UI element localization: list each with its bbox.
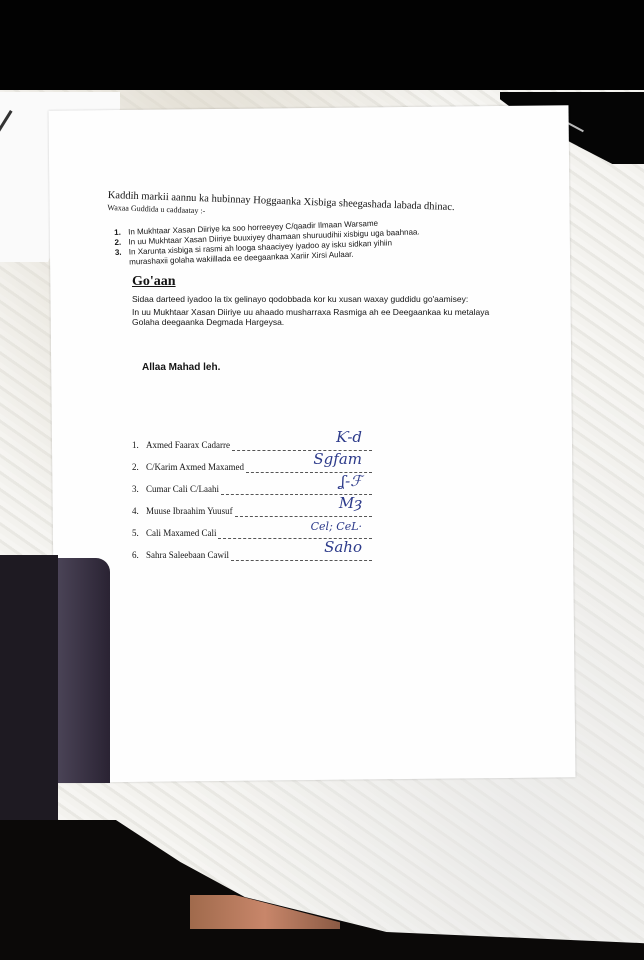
signatories-list: 1. Axmed Faarax Cadarre Ƙ-d 2. C/Karim A… xyxy=(132,434,372,566)
closing-line: Allaa Mahad leh. xyxy=(142,362,220,373)
decision-paragraph-2: In uu Mukhtaar Xasan Diiriye uu ahaado m… xyxy=(132,307,512,328)
handwritten-signature: Cel; CeL· xyxy=(311,520,362,533)
signatory-name: Muuse Ibraahim Yuusuf xyxy=(146,506,233,516)
handwritten-signature: Sgfam xyxy=(313,450,362,468)
dark-background-top xyxy=(0,0,644,92)
signatory-name: C/Karim Axmed Maxamed xyxy=(146,462,244,472)
signatory-name: Sahra Saleebaan Cawil xyxy=(146,550,229,560)
decision-paragraph-1: Sidaa darteed iyadoo la tix gelinayo qod… xyxy=(132,294,512,305)
signatory-row: 3. Cumar Cali C/Laahi ʆ-ℱ xyxy=(132,478,372,500)
handwritten-signature: Saho xyxy=(324,538,362,556)
phone-shadow xyxy=(58,558,110,783)
signatory-name: Cumar Cali C/Laahi xyxy=(146,484,219,494)
decision-text: Sidaa darteed iyadoo la tix gelinayo qod… xyxy=(132,294,512,328)
handwritten-signature: Mȝ xyxy=(339,494,362,512)
handwritten-signature: Ƙ-d xyxy=(336,428,362,446)
signatory-name: Cali Maxamed Cali xyxy=(146,528,216,538)
section-heading: Go'aan xyxy=(132,274,176,290)
signatory-row: 6. Sahra Saleebaan Cawil Saho xyxy=(132,544,372,566)
signatory-row: 2. C/Karim Axmed Maxamed Sgfam xyxy=(132,456,372,478)
document-body: Kaddih markii aannu ka hubinnay Hoggaank… xyxy=(108,190,528,214)
handwritten-signature: ʆ-ℱ xyxy=(340,472,362,490)
signatory-row: 4. Muuse Ibraahim Yuusuf Mȝ xyxy=(132,500,372,522)
signatory-name: Axmed Faarax Cadarre xyxy=(146,440,230,450)
